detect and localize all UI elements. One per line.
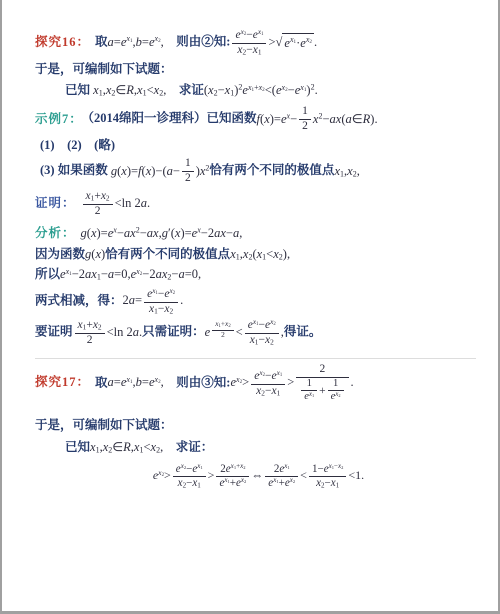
line-11: 两式相减，得：2a=ex1−ex2x1−x2. (35, 287, 482, 317)
line-17: ex2>ex2−ex1x2−x1>2ex1+x2ex1+ex2⇔2ex1ex1+… (35, 463, 482, 491)
text-run: 于是，可编制如下试题： (35, 62, 173, 76)
math-run: ex2>ex2−ex1x2−x1>21ex1+1ex2. (230, 375, 353, 389)
line-2: 于是，可编制如下试题： (35, 60, 482, 79)
fraction: 21ex1+1ex2 (296, 363, 348, 404)
math-run: (x2−x1)2ex1+x2<(ex2−ex1)2. (204, 83, 318, 97)
fraction: x1+x22 (83, 190, 113, 219)
fraction: x1+x22 (75, 319, 105, 348)
fraction: 12 (182, 157, 194, 186)
fraction: ex2−ex1x2−x1 (232, 28, 266, 58)
math-run: a=ex1,b=ex2, (108, 375, 164, 389)
fraction: ex2−ex1x2−x1 (173, 463, 206, 491)
section-label: 探究17： (35, 375, 90, 389)
text-run: 因为函数 (35, 247, 85, 261)
text-run: 得证。 (284, 325, 322, 339)
text-run: 取 (95, 375, 108, 389)
text-run: 已知 (65, 83, 93, 97)
math-run: a=ex1,b=ex2, (108, 35, 164, 49)
text-run: 求证： (163, 440, 213, 454)
section-divider (35, 358, 476, 359)
sqrt-radical: √ex1·ex2 (276, 33, 314, 53)
math-run: ex1−2ax1−a=0,ex2−2ax2−a=0, (60, 267, 201, 281)
line-15: 于是，可编制如下试题： (35, 416, 482, 435)
math-run: x1,x2∈R,x1<x2, (93, 83, 166, 97)
text-run: (3) 如果函数 (40, 164, 111, 178)
text-run: 只需证明： (142, 325, 205, 339)
text-run: 恰有两个不同的极值点 (209, 164, 334, 178)
text-run: 于是，可编制如下试题： (35, 418, 173, 432)
math-run: g(x) (85, 247, 105, 261)
line-3: 已知 x1,x2∈R,x1<x2, 求证(x2−x1)2ex1+x2<(ex2−… (65, 81, 482, 100)
line-1: 探究16：取a=ex1,b=ex2, 则由②知:ex2−ex1x2−x1>√ex… (35, 28, 482, 58)
section-label: 分析： (35, 226, 76, 240)
text-run: 求证 (166, 83, 204, 97)
math-run: ex1+x22<ex1−ex2x1−x2, (205, 325, 284, 339)
math-run: x1,x2∈R,x1<x2, (90, 440, 163, 454)
fraction: ex1−ex2x1−x2 (144, 287, 178, 317)
fraction: ex1−ex2x1−x2 (245, 318, 279, 348)
text-run: 则由③知: (164, 375, 231, 389)
math-run: ex2>ex2−ex1x2−x1>2ex1+x2ex1+ex2⇔2ex1ex1+… (153, 468, 364, 482)
math-run: x1+x22<ln 2a. (81, 196, 151, 210)
section-label: 证明： (35, 196, 76, 210)
fraction: 1ex2 (328, 378, 344, 404)
text-run: 恰有两个不同的极值点 (105, 247, 230, 261)
line-16: 已知x1,x2∈R,x1<x2, 求证： (65, 438, 482, 457)
line-6: (3) 如果函数 g(x)=f(x)−(a−12)x2恰有两个不同的极值点x1,… (40, 157, 482, 186)
line-12: 要证明x1+x22<ln 2a.只需证明：ex1+x22<ex1−ex2x1−x… (35, 318, 482, 348)
text-run: 已知 (65, 440, 90, 454)
line-4: 示例7：（2014绵阳一诊理科）已知函数f(x)=ex−12x2−ax(a∈R)… (35, 105, 482, 134)
fraction: 1ex1 (301, 378, 317, 404)
document-body: 探究16：取a=ex1,b=ex2, 则由②知:ex2−ex1x2−x1>√ex… (2, 0, 498, 490)
math-run: f(x)=ex−12x2−ax(a∈R). (257, 112, 378, 126)
text-run: （2014绵阳一诊理科）已知函数 (88, 112, 257, 126)
math-run: g(x)=ex−ax2−ax,g′(x)=ex−2ax−a, (81, 226, 243, 240)
fraction: 2ex1+x2ex1+ex2 (216, 463, 249, 491)
line-10: 所以ex1−2ax1−a=0,ex2−2ax2−a=0, (35, 265, 482, 284)
fraction: x1+x22 (212, 320, 233, 339)
text-run: 则由②知: (164, 35, 231, 49)
text-run: 所以 (35, 267, 60, 281)
line-14: 探究17：取a=ex1,b=ex2, 则由③知:ex2>ex2−ex1x2−x1… (35, 363, 482, 404)
math-run: ex2−ex1x2−x1>√ex1·ex2. (230, 35, 317, 49)
fraction: 1−ex1−x2x2−x1 (309, 463, 346, 491)
section-label: 示例7： (35, 112, 83, 126)
math-run: x1,x2, (334, 164, 359, 178)
text-run: 两式相减，得： (35, 293, 123, 307)
math-run: x1+x22<ln 2a. (73, 325, 143, 339)
document-page: 探究16：取a=ex1,b=ex2, 则由②知:ex2−ex1x2−x1>√ex… (0, 0, 500, 614)
math-run: g(x)=f(x)−(a−12)x2 (111, 164, 210, 178)
line-5: (1) (2) (略) (40, 136, 482, 155)
math-run: 2a=ex1−ex2x1−x2. (123, 293, 184, 307)
fraction: ex2−ex1x2−x1 (251, 369, 285, 399)
line-8: 分析：g(x)=ex−ax2−ax,g′(x)=ex−2ax−a, (35, 224, 482, 243)
line-7: 证明：x1+x22<ln 2a. (35, 190, 482, 219)
text-run: 取 (95, 35, 108, 49)
section-label: 探究16： (35, 35, 90, 49)
text-run: (1) (2) (略) (40, 138, 115, 152)
line-9: 因为函数g(x)恰有两个不同的极值点x1,x2(x1<x2), (35, 245, 482, 264)
fraction: 2ex1ex1+ex2 (265, 463, 298, 491)
math-run: x1,x2(x1<x2), (230, 247, 290, 261)
fraction: 12 (299, 105, 311, 134)
text-run: 要证明 (35, 325, 73, 339)
